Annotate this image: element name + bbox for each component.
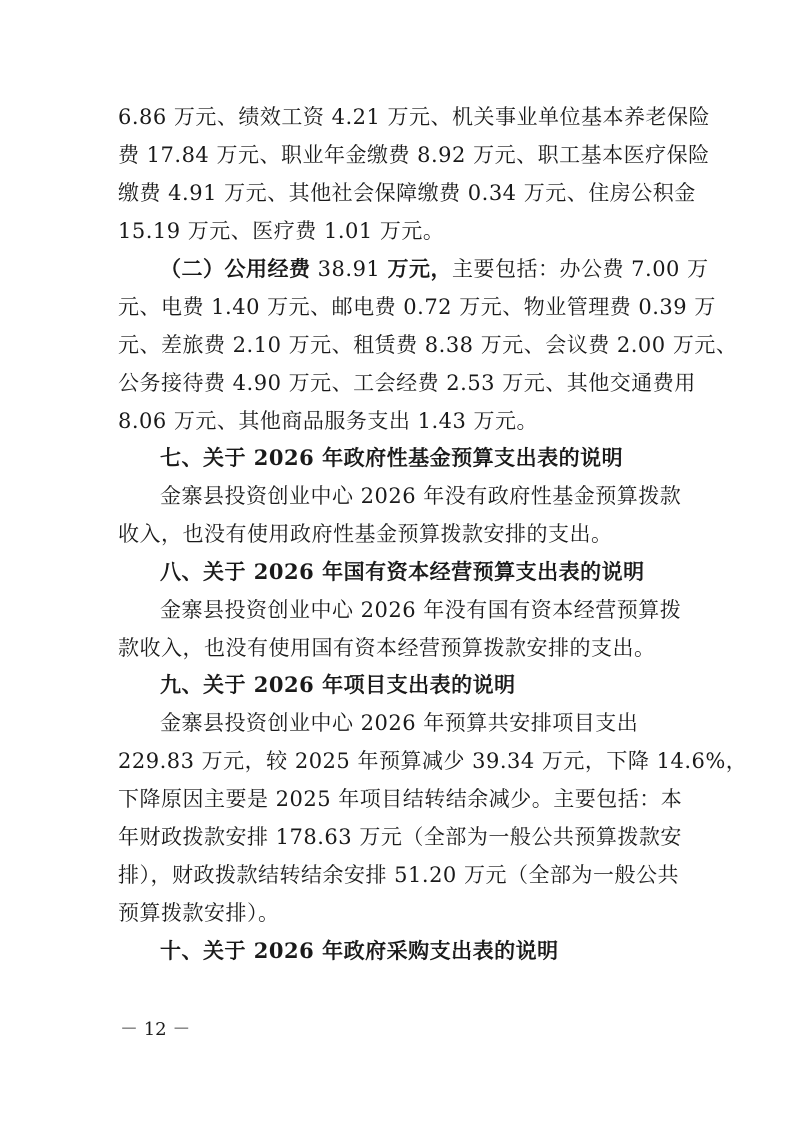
paragraph-line: 元、电费 1.40 万元、邮电费 0.72 万元、物业管理费 0.39 万 <box>118 292 716 322</box>
paragraph-line: 收入，也没有使用政府性基金预算拨款安排的支出。 <box>118 519 613 549</box>
paragraph-line: 款收入，也没有使用国有资本经营预算拨款安排的支出。 <box>118 633 656 663</box>
section-public-expense: （二）公用经费 38.91 万元，主要包括：办公费 7.00 万 <box>160 254 709 284</box>
paragraph-line: 元、差旅费 2.10 万元、租赁费 8.38 万元、会议费 2.00 万元、 <box>118 330 737 360</box>
paragraph-line: 费 17.84 万元、职业年金缴费 8.92 万元、职工基本医疗保险 <box>118 140 710 170</box>
page-number: － 12 － <box>120 1018 190 1042</box>
paragraph-line: 6.86 万元、绩效工资 4.21 万元、机关事业单位基本养老保险 <box>118 102 710 132</box>
paragraph-line: 15.19 万元、医疗费 1.01 万元。 <box>118 216 444 246</box>
paragraph-line: 金寨县投资创业中心 2026 年没有国有资本经营预算拨 <box>160 595 681 625</box>
paragraph-line: 排），财政拨款结转结余安排 51.20 万元（全部为一般公共 <box>118 860 679 890</box>
paragraph-line: 缴费 4.91 万元、其他社会保障缴费 0.34 万元、住房公积金 <box>118 178 696 208</box>
heading-7: 七、关于 2026 年政府性基金预算支出表的说明 <box>160 443 623 473</box>
unit-label: 万元， <box>387 256 452 281</box>
paragraph-text: 主要包括：办公费 7.00 万 <box>452 257 709 281</box>
paragraph-line: 金寨县投资创业中心 2026 年没有政府性基金预算拨款 <box>160 481 681 511</box>
amount: 38.91 <box>311 257 388 281</box>
paragraph-line: 229.83 万元，较 2025 年预算减少 39.34 万元，下降 14.6%… <box>118 746 747 776</box>
heading-9: 九、关于 2026 年项目支出表的说明 <box>160 670 516 700</box>
paragraph-line: 年财政拨款安排 178.63 万元（全部为一般公共预算拨款安 <box>118 822 682 852</box>
paragraph-line: 预算拨款安排）。 <box>118 898 280 928</box>
heading-10: 十、关于 2026 年政府采购支出表的说明 <box>160 936 559 966</box>
paragraph-line: 公务接待费 4.90 万元、工会经费 2.53 万元、其他交通费用 <box>118 368 696 398</box>
paragraph-line: 金寨县投资创业中心 2026 年预算共安排项目支出 <box>160 708 638 738</box>
heading-8: 八、关于 2026 年国有资本经营预算支出表的说明 <box>160 557 645 587</box>
paragraph-line: 下降原因主要是 2025 年项目结转结余减少。主要包括：本 <box>118 784 682 814</box>
paragraph-line: 8.06 万元、其他商品服务支出 1.43 万元。 <box>118 406 538 436</box>
subsection-label: （二）公用经费 <box>160 256 311 281</box>
